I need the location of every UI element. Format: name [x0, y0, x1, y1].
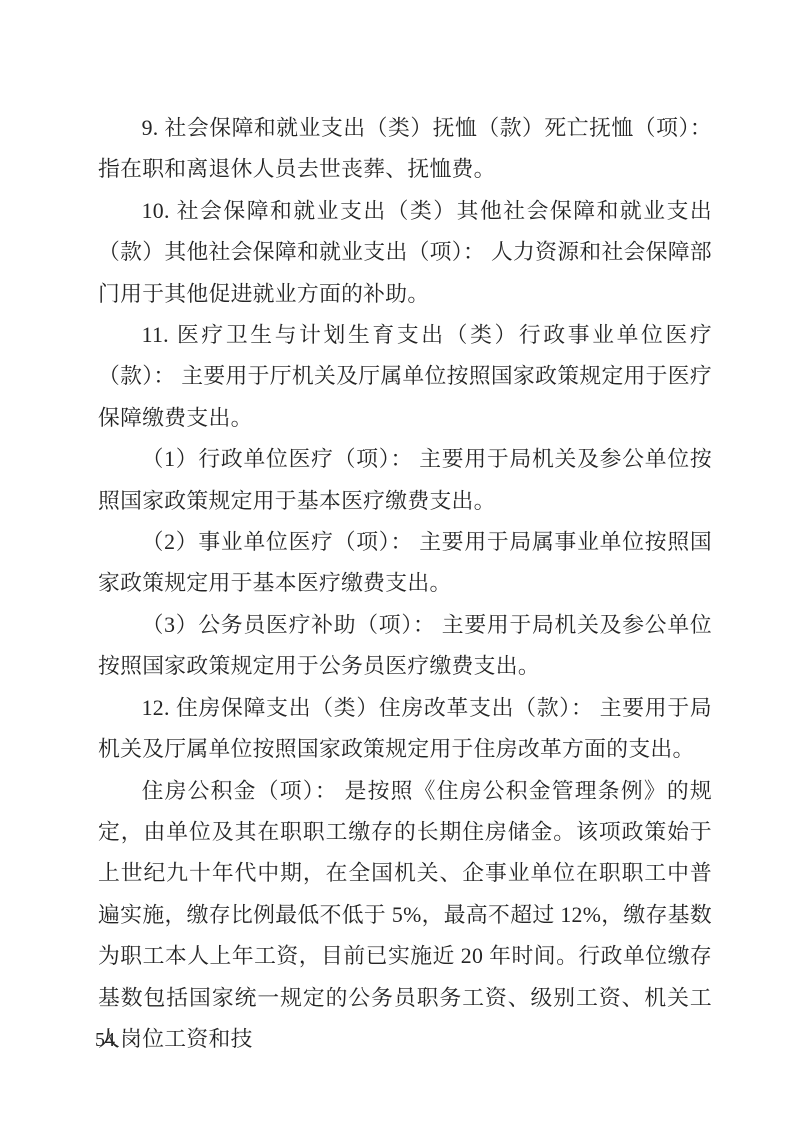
document-page: 9. 社会保障和就业支出（类）抚恤（款）死亡抚恤（项）： 指在职和离退休人员去世…: [0, 0, 793, 1122]
paragraph-item-9: 9. 社会保障和就业支出（类）抚恤（款）死亡抚恤（项）： 指在职和离退休人员去世…: [98, 108, 712, 191]
paragraph-item-12: 12. 住房保障支出（类）住房改革支出（款）： 主要用于局机关及厅属单位按照国家…: [98, 688, 712, 771]
paragraph-sub-item-3: （3）公务员医疗补助（项）： 主要用于局机关及参公单位按照国家政策规定用于公务员…: [98, 605, 712, 688]
paragraph-item-11: 11. 医疗卫生与计划生育支出（类）行政事业单位医疗（款）： 主要用于厅机关及厅…: [98, 315, 712, 439]
paragraph-housing-fund: 住房公积金（项）： 是按照《住房公积金管理条例》的规定，由单位及其在职职工缴存的…: [98, 771, 712, 1061]
paragraph-item-10: 10. 社会保障和就业支出（类）其他社会保障和就业支出（款）其他社会保障和就业支…: [98, 191, 712, 315]
page-number: 54: [95, 1026, 115, 1054]
document-body: 9. 社会保障和就业支出（类）抚恤（款）死亡抚恤（项）： 指在职和离退休人员去世…: [98, 108, 712, 1060]
paragraph-sub-item-1: （1）行政单位医疗（项）： 主要用于局机关及参公单位按照国家政策规定用于基本医疗…: [98, 439, 712, 522]
paragraph-sub-item-2: （2）事业单位医疗（项）： 主要用于局属事业单位按照国家政策规定用于基本医疗缴费…: [98, 522, 712, 605]
